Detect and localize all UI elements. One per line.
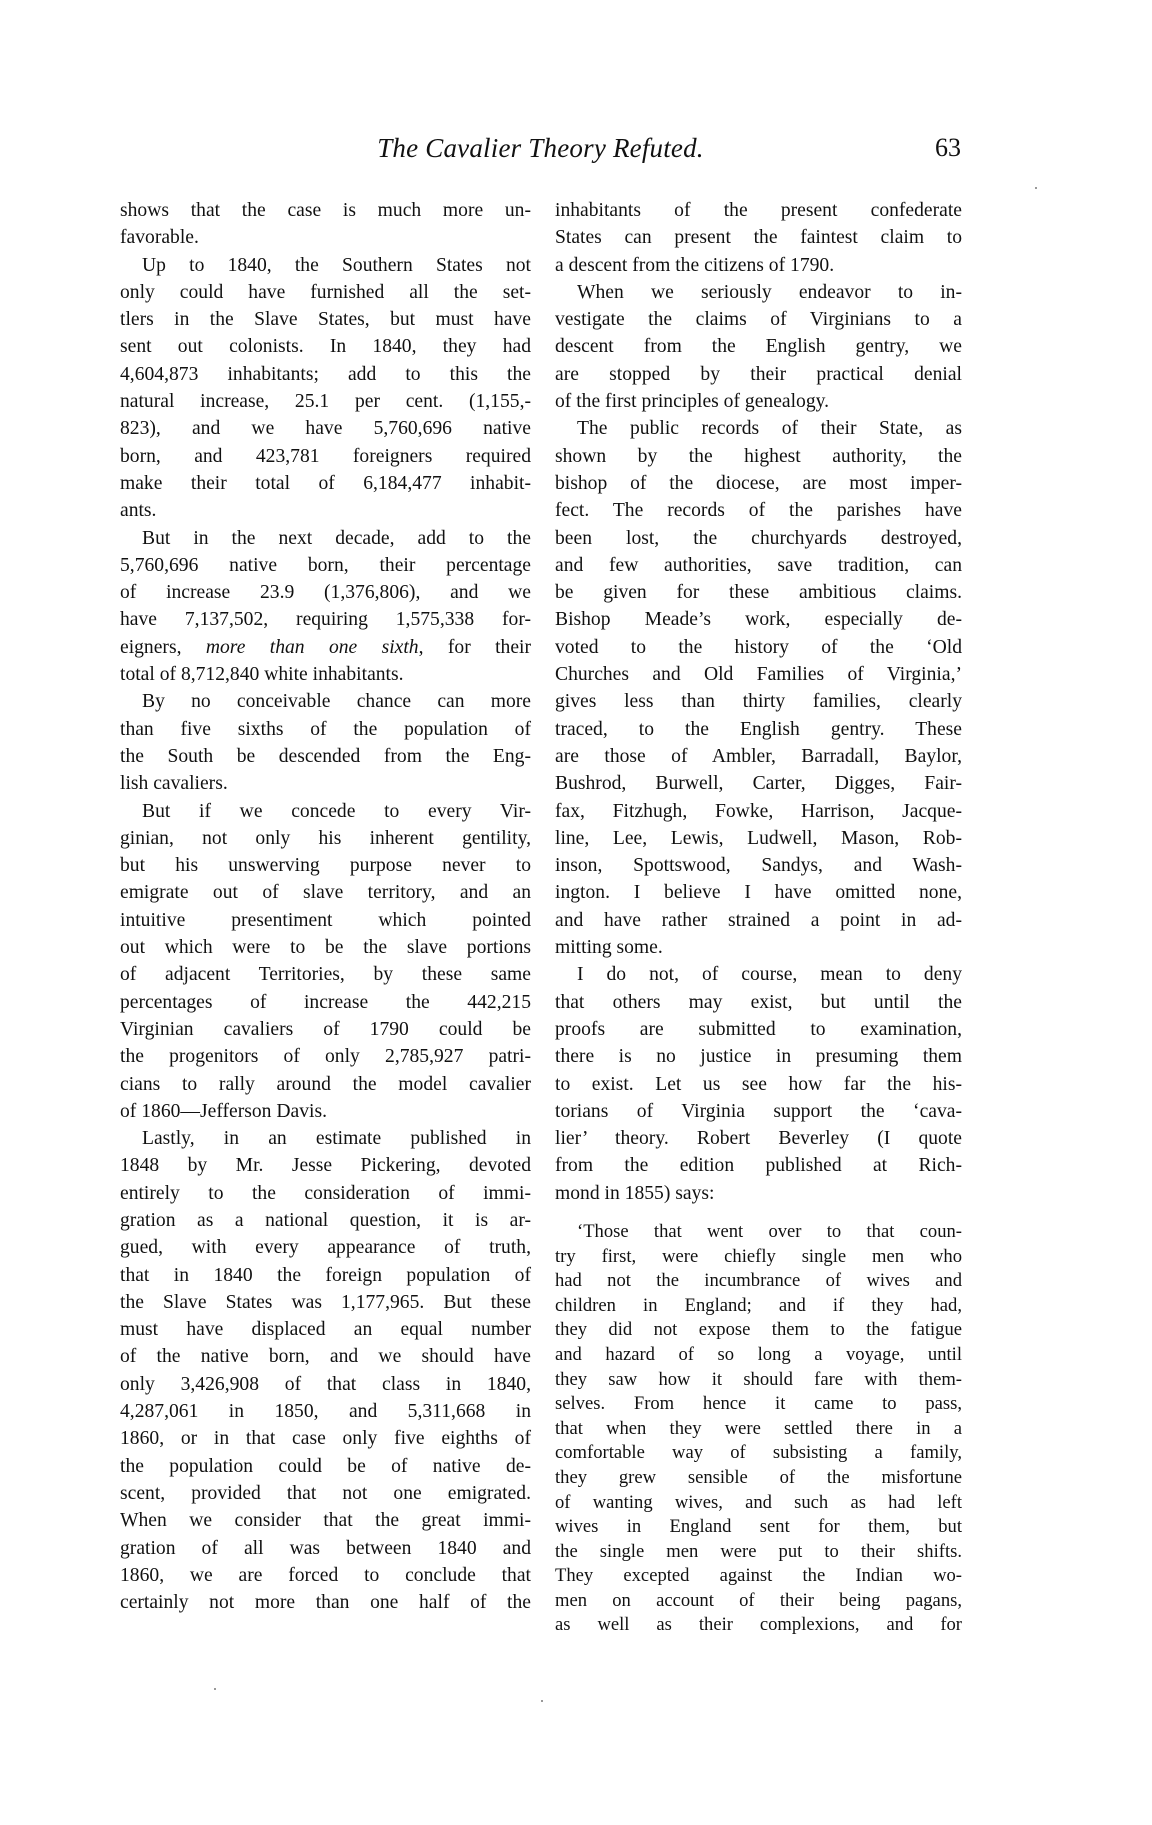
text-line: 823), and we have 5,760,696 native: [120, 415, 531, 442]
text-line: there is no justice in presuming them: [555, 1043, 962, 1070]
text-line: are stopped by their practical denial: [555, 361, 962, 388]
text-line: make their total of 6,184,477 inhabit-: [120, 470, 531, 497]
book-page: The Cavalier Theory Refuted. 63 shows th…: [0, 0, 1152, 1825]
text-line: to exist. Let us see how far the his-: [555, 1071, 962, 1098]
text-line: shown by the highest authority, the: [555, 443, 962, 470]
text-line: Churches and Old Families of Virginia,’: [555, 661, 962, 688]
text-line: and few authorities, save tradition, can: [555, 552, 962, 579]
running-header: The Cavalier Theory Refuted. 63: [120, 133, 961, 169]
text-line: than five sixths of the population of: [120, 716, 531, 743]
text-line: total of 8,712,840 white inhabitants.: [120, 661, 531, 688]
text-line: traced, to the English gentry. These: [555, 716, 962, 743]
quote-line: they grew sensible of the misfortune: [555, 1466, 962, 1491]
text-line: voted to the history of the ‘Old: [555, 634, 962, 661]
text-line: of adjacent Territories, by these same: [120, 961, 531, 988]
text-line: intuitive presentiment which pointed: [120, 907, 531, 934]
text-line: the South be descended from the Eng-: [120, 743, 531, 770]
text-line: that in 1840 the foreign population of: [120, 1262, 531, 1289]
text-line: inson, Spottswood, Sandys, and Wash-: [555, 852, 962, 879]
text-line: ginian, not only his inherent gentility,: [120, 825, 531, 852]
text-line: the progenitors of only 2,785,927 patri-: [120, 1043, 531, 1070]
text-line: and have rather strained a point in ad-: [555, 907, 962, 934]
quote-line: the single men were put to their shifts.: [555, 1540, 962, 1565]
text-line: 1860, or in that case only five eighths …: [120, 1425, 531, 1452]
text-line: been lost, the churchyards destroyed,: [555, 525, 962, 552]
text-line: 5,760,696 native born, their percentage: [120, 552, 531, 579]
text-line: tlers in the Slave States, but must have: [120, 306, 531, 333]
text-line: fect. The records of the parishes have: [555, 497, 962, 524]
quote-line: try first, were chiefly single men who: [555, 1245, 962, 1270]
text-line: When we consider that the great immi-: [120, 1507, 531, 1534]
text-line: 1848 by Mr. Jesse Pickering, devoted: [120, 1152, 531, 1179]
text-line: gration as a national question, it is ar…: [120, 1207, 531, 1234]
text-line: inhabitants of the present confederate: [555, 197, 962, 224]
text-line: that others may exist, but until the: [555, 989, 962, 1016]
text-line: of the first principles of genealogy.: [555, 388, 962, 415]
left-column: shows that the case is much more un- fav…: [120, 197, 531, 1616]
quote-line: of wanting wives, and such as had left: [555, 1491, 962, 1516]
text-line: entirely to the consideration of immi-: [120, 1180, 531, 1207]
text-line: a descent from the citizens of 1790.: [555, 252, 962, 279]
quote-line: ‘Those that went over to that coun-: [555, 1220, 962, 1245]
text-line: descent from the English gentry, we: [555, 333, 962, 360]
text-line: shows that the case is much more un-: [120, 197, 531, 224]
quote-line: and hazard of so long a voyage, until: [555, 1343, 962, 1368]
text-line: have 7,137,502, requiring 1,575,338 for-: [120, 606, 531, 633]
text-line: must have displaced an equal number: [120, 1316, 531, 1343]
text-line: of 1860—Jefferson Davis.: [120, 1098, 531, 1125]
text-line: Bishop Meade’s work, especially de-: [555, 606, 962, 633]
text-line: only could have furnished all the set-: [120, 279, 531, 306]
text-line: be given for these ambitious claims.: [555, 579, 962, 606]
text-line: proofs are submitted to examination,: [555, 1016, 962, 1043]
text-line: ington. I believe I have omitted none,: [555, 879, 962, 906]
paragraph-start: By no conceivable chance can more: [120, 688, 531, 715]
text-line: scent, provided that not one emigrated.: [120, 1480, 531, 1507]
text-line: fax, Fitzhugh, Fowke, Harrison, Jacque-: [555, 798, 962, 825]
text-line-with-emphasis: eigners, more than one sixth, for their: [120, 634, 531, 661]
text-line: States can present the faintest claim to: [555, 224, 962, 251]
text-line: gives less than thirty families, clearly: [555, 688, 962, 715]
quote-line: wives in England sent for them, but: [555, 1515, 962, 1540]
text-line: lier’ theory. Robert Beverley (I quote: [555, 1125, 962, 1152]
text-line: of the native born, and we should have: [120, 1343, 531, 1370]
text-line: natural increase, 25.1 per cent. (1,155,…: [120, 388, 531, 415]
text-line: torians of Virginia support the ‘cava-: [555, 1098, 962, 1125]
text-line: the Slave States was 1,177,965. But thes…: [120, 1289, 531, 1316]
text-line: are those of Ambler, Barradall, Baylor,: [555, 743, 962, 770]
right-column: inhabitants of the present confederate S…: [555, 197, 962, 1638]
text-line: 4,604,873 inhabitants; add to this the: [120, 361, 531, 388]
text-line: line, Lee, Lewis, Ludwell, Mason, Rob-: [555, 825, 962, 852]
quote-line: they did not expose them to the fatigue: [555, 1318, 962, 1343]
paragraph-start: But in the next decade, add to the: [120, 525, 531, 552]
text-line: 4,287,061 in 1850, and 5,311,668 in: [120, 1398, 531, 1425]
paragraph-start: But if we concede to every Vir-: [120, 798, 531, 825]
paragraph-start: When we seriously endeavor to in-: [555, 279, 962, 306]
quote-line: comfortable way of subsisting a family,: [555, 1441, 962, 1466]
paragraph-start: The public records of their State, as: [555, 415, 962, 442]
quote-line: that when they were settled there in a: [555, 1417, 962, 1442]
print-speck: [214, 1688, 216, 1690]
quote-line: selves. From hence it came to pass,: [555, 1392, 962, 1417]
text-line: but his unswerving purpose never to: [120, 852, 531, 879]
quote-line: children in England; and if they had,: [555, 1294, 962, 1319]
text-line: mitting some.: [555, 934, 962, 961]
emphasis: more than one sixth: [206, 637, 419, 658]
text-line: 1860, we are forced to conclude that: [120, 1562, 531, 1589]
text-line: emigrate out of slave territory, and an: [120, 879, 531, 906]
quote-line: They excepted against the Indian wo-: [555, 1564, 962, 1589]
text-line: bishop of the diocese, are most imper-: [555, 470, 962, 497]
text-line: ants.: [120, 497, 531, 524]
text-line: Virginian cavaliers of 1790 could be: [120, 1016, 531, 1043]
text-line: sent out colonists. In 1840, they had: [120, 333, 531, 360]
paragraph-start: I do not, of course, mean to deny: [555, 961, 962, 988]
quote-spacing: [555, 1207, 962, 1220]
text-line: cians to rally around the model cavalier: [120, 1071, 531, 1098]
text-line: certainly not more than one half of the: [120, 1589, 531, 1616]
text-fragment: , for their: [419, 637, 531, 658]
text-line: mond in 1855) says:: [555, 1180, 962, 1207]
page-number: 63: [935, 133, 961, 163]
paragraph-start: Up to 1840, the Southern States not: [120, 252, 531, 279]
print-speck: [1035, 187, 1037, 189]
text-line: born, and 423,781 foreigners required: [120, 443, 531, 470]
text-line: percentages of increase the 442,215: [120, 989, 531, 1016]
quote-line: men on account of their being pagans,: [555, 1589, 962, 1614]
quote-line: they saw how it should fare with them-: [555, 1368, 962, 1393]
text-line: Bushrod, Burwell, Carter, Digges, Fair-: [555, 770, 962, 797]
print-speck: [541, 1700, 543, 1702]
text-line: the population could be of native de-: [120, 1453, 531, 1480]
running-title: The Cavalier Theory Refuted.: [120, 133, 961, 164]
quote-line: had not the incumbrance of wives and: [555, 1269, 962, 1294]
text-line: of increase 23.9 (1,376,806), and we: [120, 579, 531, 606]
text-fragment: eigners,: [120, 637, 206, 658]
text-line: gration of all was between 1840 and: [120, 1535, 531, 1562]
block-quote: ‘Those that went over to that coun- try …: [555, 1220, 962, 1638]
text-line: only 3,426,908 of that class in 1840,: [120, 1371, 531, 1398]
text-line: lish cavaliers.: [120, 770, 531, 797]
text-line: vestigate the claims of Virginians to a: [555, 306, 962, 333]
paragraph-start: Lastly, in an estimate published in: [120, 1125, 531, 1152]
text-line: favorable.: [120, 224, 531, 251]
text-line: gued, with every appearance of truth,: [120, 1234, 531, 1261]
text-line: from the edition published at Rich-: [555, 1152, 962, 1179]
text-line: out which were to be the slave portions: [120, 934, 531, 961]
quote-line: as well as their complexions, and for: [555, 1613, 962, 1638]
